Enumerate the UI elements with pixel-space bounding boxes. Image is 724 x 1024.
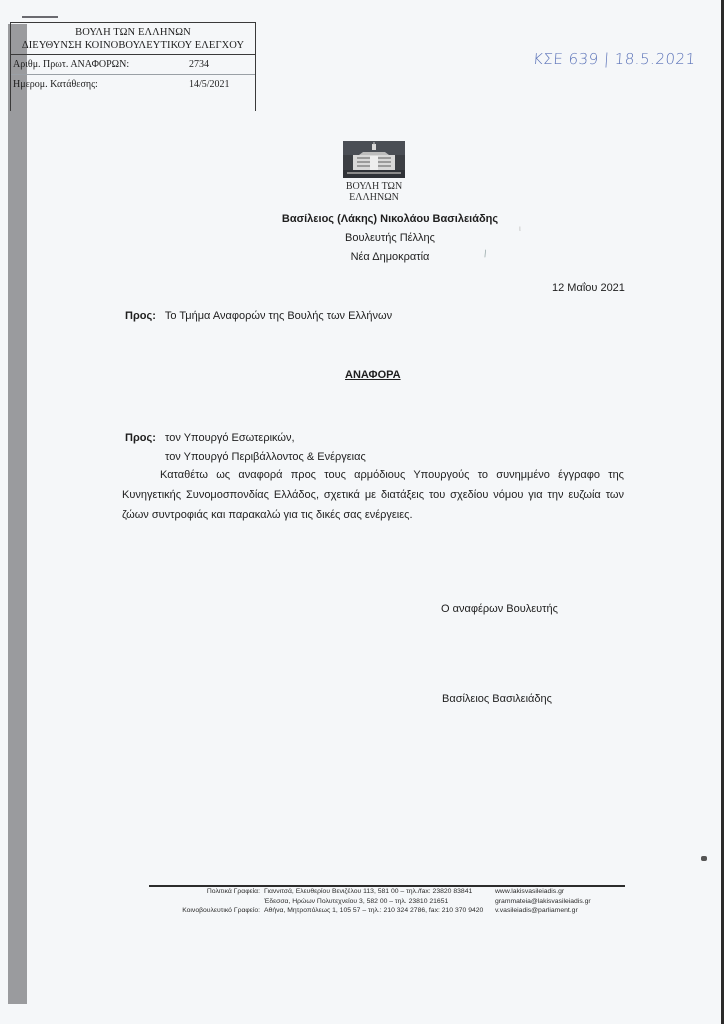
letter-date: 12 Μαΐου 2021 bbox=[552, 282, 625, 294]
scan-speck: ι bbox=[519, 224, 521, 233]
addressee-label: Προς: bbox=[125, 310, 156, 322]
scan-binding-strip bbox=[8, 24, 27, 1004]
stamp-title-line1: ΒΟΥΛΗ ΤΩΝ ΕΛΛΗΝΩΝ bbox=[11, 26, 255, 39]
scan-mark bbox=[22, 16, 58, 18]
parliament-office-label: Κοινοβουλευτικό Γραφείο: bbox=[140, 906, 260, 916]
signature-name: Βασίλειος Βασιλειάδης bbox=[442, 693, 552, 705]
stamp-title-line2: ΔΙΕΥΘΥΝΣΗ ΚΟΙΝΟΒΟΥΛΕΥΤΙΚΟΥ ΕΛΕΓΧΟΥ bbox=[11, 39, 255, 52]
registration-stamp-box: ΒΟΥΛΗ ΤΩΝ ΕΛΛΗΝΩΝ ΔΙΕΥΘΥΝΣΗ ΚΟΙΝΟΒΟΥΛΕΥΤ… bbox=[10, 22, 256, 111]
footer-addresses: Γιαννιτσά, Ελευθερίου Βενιζέλου 113, 581… bbox=[264, 887, 483, 916]
recipients-block: Προς: τον Υπουργό Εσωτερικών, τον Υπουργ… bbox=[125, 429, 366, 467]
filing-date-row: Ημερομ. Κατάθεσης: 14/5/2021 bbox=[11, 75, 255, 94]
recipient-1: τον Υπουργό Εσωτερικών, bbox=[165, 432, 295, 444]
sender-name: Βασίλειος (Λάκης) Νικολάου Βασιλειάδης bbox=[260, 210, 520, 229]
protocol-number-value: 2734 bbox=[189, 55, 209, 74]
sender-block: Βασίλειος (Λάκης) Νικολάου Βασιλειάδης Β… bbox=[260, 210, 520, 267]
footer-contacts: www.lakisvasileiadis.gr grammateia@lakis… bbox=[495, 887, 591, 916]
address-edessa: Έδεσσα, Ηρώων Πολυτεχνείου 3, 582 00 – τ… bbox=[264, 897, 483, 907]
addressee-line: Προς: Το Τμήμα Αναφορών της Βουλής των Ε… bbox=[125, 310, 392, 322]
stamp-title: ΒΟΥΛΗ ΤΩΝ ΕΛΛΗΝΩΝ ΔΙΕΥΘΥΝΣΗ ΚΟΙΝΟΒΟΥΛΕΥΤ… bbox=[11, 23, 255, 55]
sender-party: Νέα Δημοκρατία bbox=[260, 248, 520, 267]
scan-speck-mark bbox=[701, 856, 707, 861]
email-secretariat[interactable]: grammateia@lakisvasileiadis.gr bbox=[495, 897, 591, 907]
signature-role: Ο αναφέρων Βουλευτής bbox=[441, 603, 558, 615]
protocol-number-label: Αριθμ. Πρωτ. ΑΝΑΦΟΡΩΝ: bbox=[13, 55, 129, 74]
political-office-label: Πολιτικά Γραφεία: bbox=[140, 887, 260, 897]
protocol-number-row: Αριθμ. Πρωτ. ΑΝΑΦΟΡΩΝ: 2734 bbox=[11, 55, 255, 75]
addressee-text: Το Τμήμα Αναφορών της Βουλής των Ελλήνων bbox=[165, 310, 392, 322]
filing-date-value: 14/5/2021 bbox=[189, 75, 230, 94]
body-paragraph: Καταθέτω ως αναφορά προς τους αρμόδιους … bbox=[122, 465, 624, 525]
parliament-building-icon bbox=[343, 141, 405, 178]
address-giannitsa: Γιαννιτσά, Ελευθερίου Βενιζέλου 113, 581… bbox=[264, 887, 483, 897]
handwritten-reference: ΚΣΕ 639 | 18.5.2021 bbox=[532, 50, 696, 68]
sender-title: Βουλευτής Πέλλης bbox=[260, 229, 520, 248]
footer-labels: Πολιτικά Γραφεία: Κοινοβουλευτικό Γραφεί… bbox=[140, 887, 260, 916]
email-parliament[interactable]: v.vasileiadis@parliament.gr bbox=[495, 906, 591, 916]
logo-caption: ΒΟΥΛΗ ΤΩΝ ΕΛΛΗΝΩΝ bbox=[322, 181, 426, 203]
address-athens: Αθήνα, Μητροπόλεως 1, 105 57 – τηλ.: 210… bbox=[264, 906, 483, 916]
website-link[interactable]: www.lakisvasileiadis.gr bbox=[495, 887, 591, 897]
filing-date-label: Ημερομ. Κατάθεσης: bbox=[13, 75, 98, 94]
document-title: ΑΝΑΦΟΡΑ bbox=[345, 369, 401, 381]
recipients-label: Προς: bbox=[125, 432, 156, 444]
